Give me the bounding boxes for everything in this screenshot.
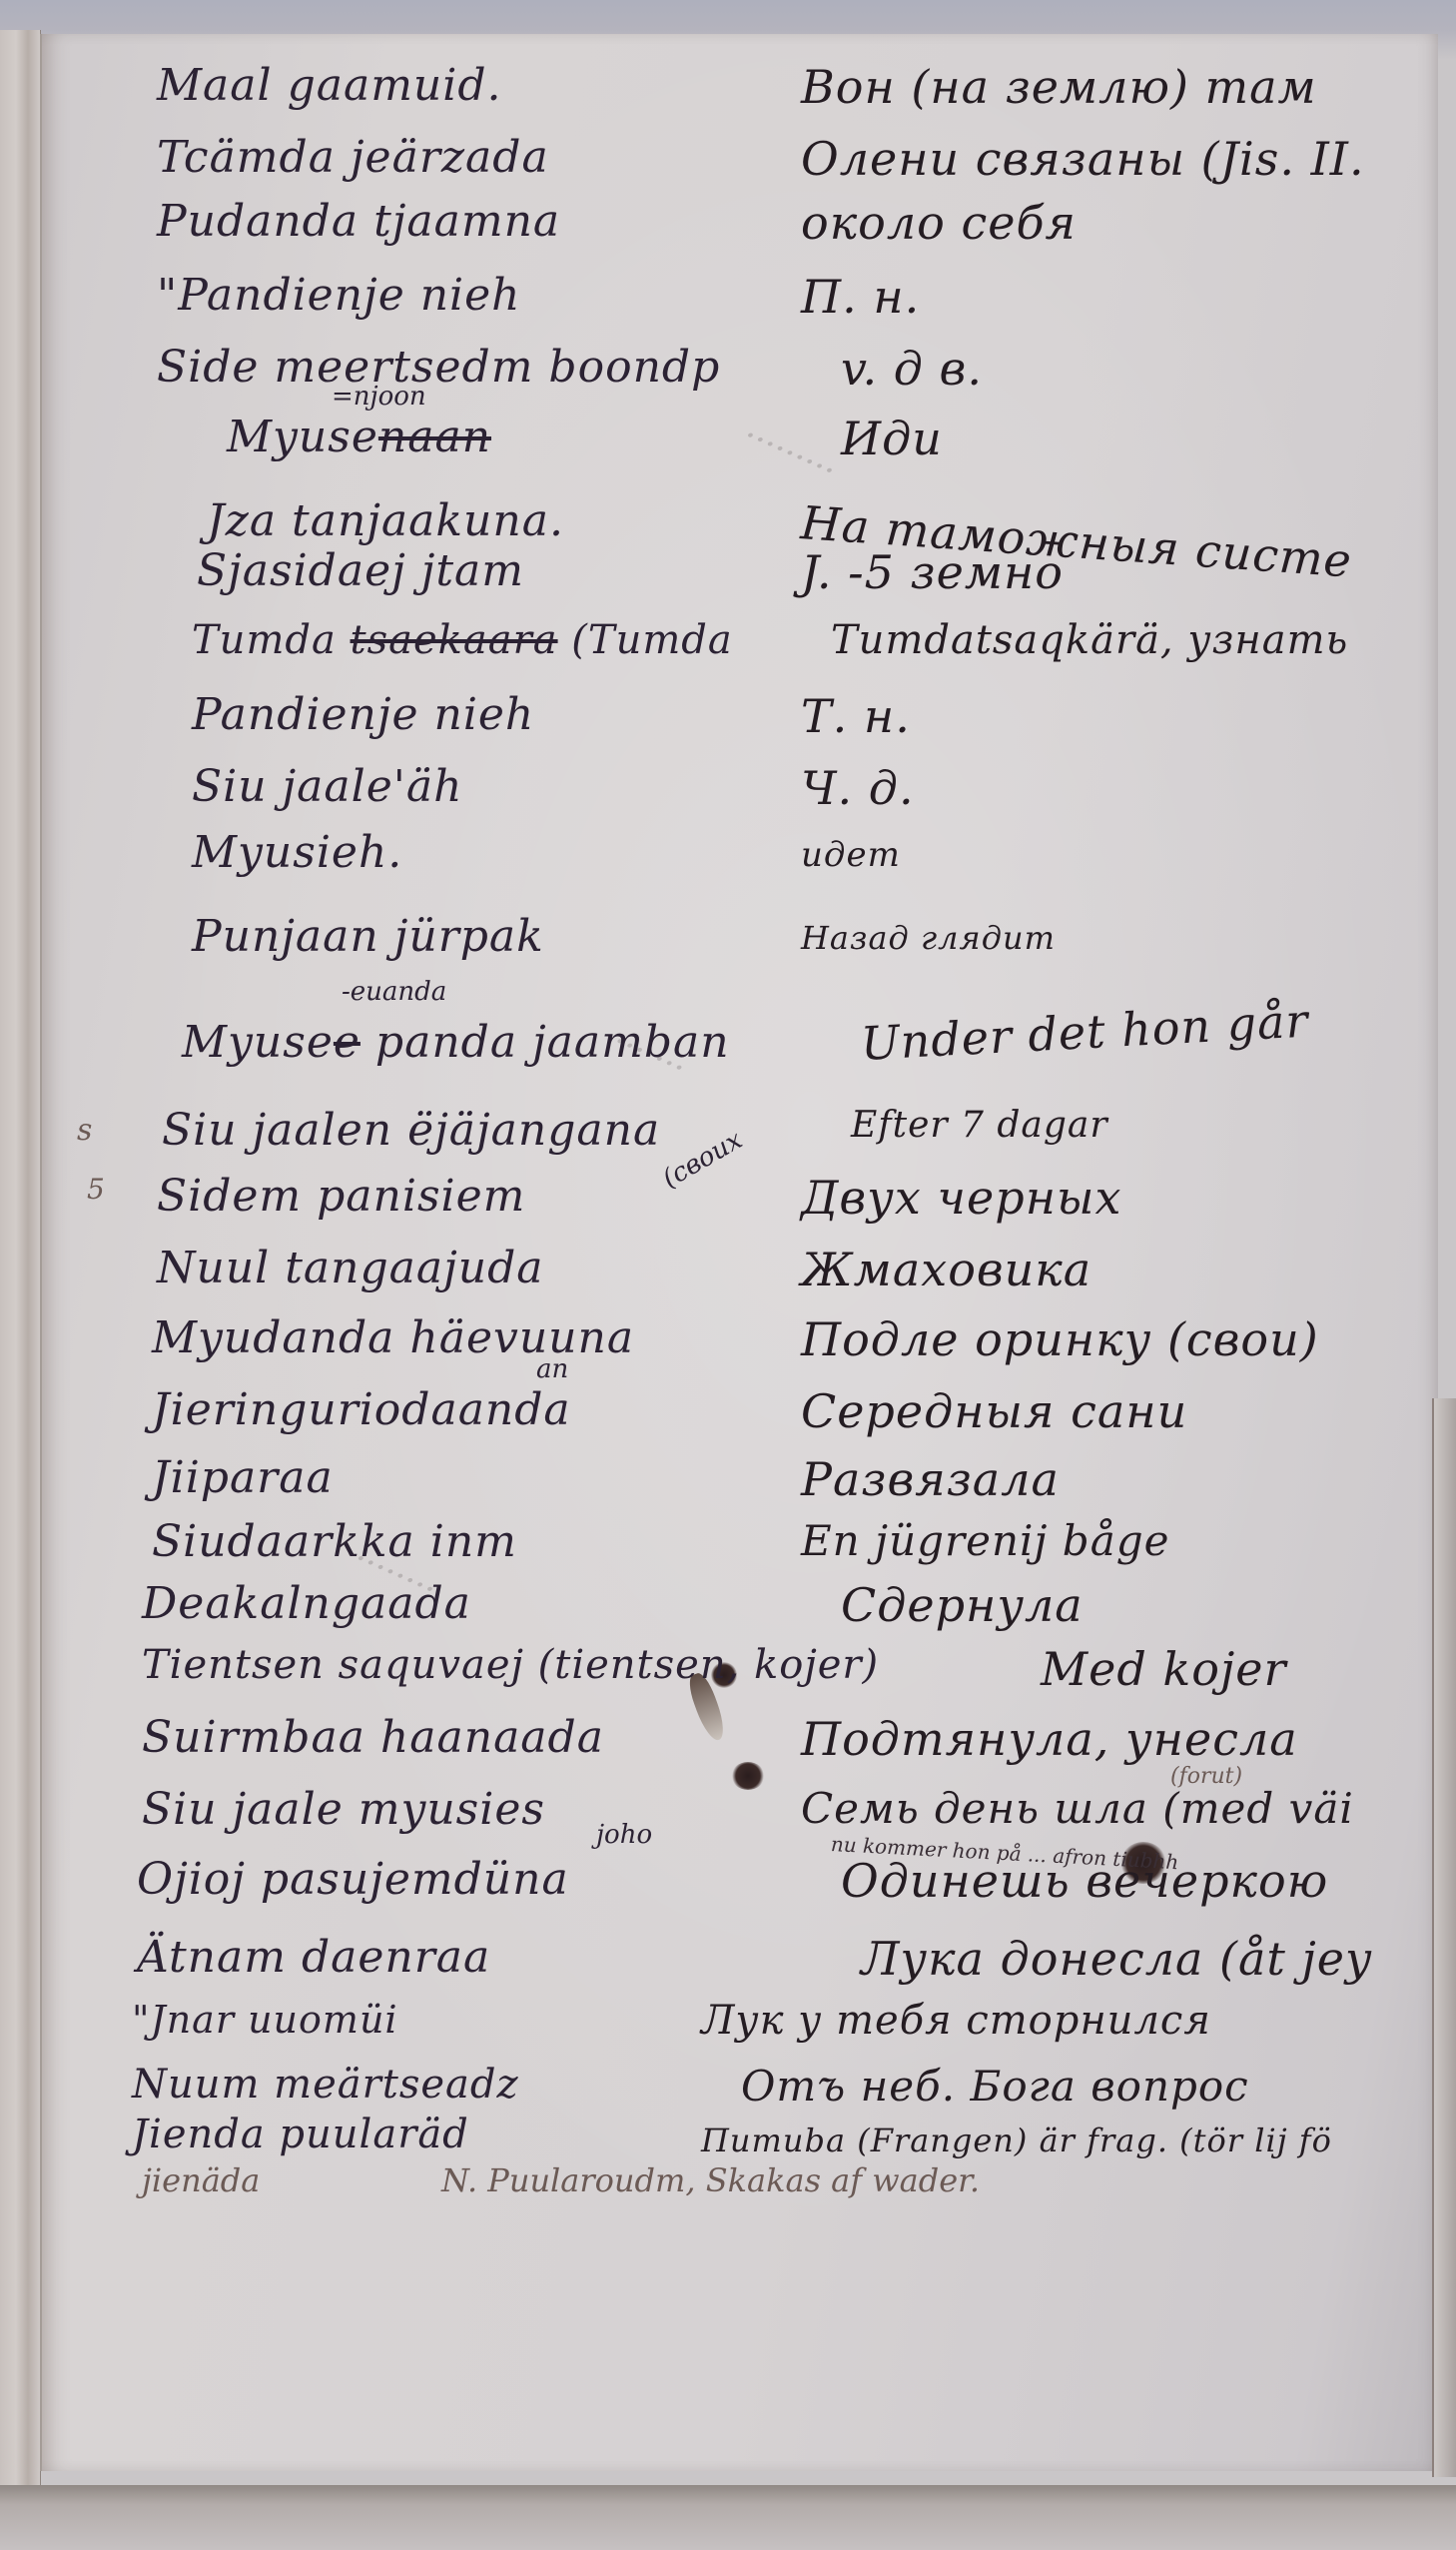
sami-phrase: Deakalngaada	[142, 1578, 471, 1629]
manuscript-page: ········· ········ ········· s 5 Maal ga…	[40, 34, 1438, 2471]
sami-phrase: Sjasidaej jtam	[197, 545, 524, 596]
page-edge	[1432, 1398, 1456, 2477]
sami-phrase: Maal gaamuid.	[157, 60, 502, 111]
sami-phrase: Ätnam daenraa	[137, 1932, 490, 1983]
gloss: Подтянула, унесла	[801, 1712, 1298, 1766]
gloss: J. -5 земно	[801, 545, 1064, 599]
sami-text: Tumda	[192, 617, 337, 663]
sami-phrase: Pudanda tjaamna	[157, 196, 560, 247]
sami-phrase: Nuul tangaajuda	[157, 1243, 544, 1293]
margin-mark: 5	[87, 1173, 105, 1206]
gloss: П. н.	[801, 270, 920, 324]
gloss: Efter 7 dagar	[851, 1105, 1108, 1146]
sami-phrase: Myusieh.	[192, 827, 402, 878]
sami-phrase: Myusenaan	[227, 412, 491, 462]
gloss: Иди	[841, 412, 943, 465]
gloss: v. д в.	[841, 342, 983, 396]
sami-phrase: Ojioj pasujemdüna	[137, 1854, 569, 1905]
gloss: Вон (на землю) там	[801, 60, 1317, 114]
sami-phrase: "Jnar uuomüi	[132, 1998, 398, 2042]
gloss: Tumdatsaqkärä, узнать	[831, 617, 1348, 663]
gloss: Лук у тебя сторнился	[701, 1998, 1211, 2044]
interlinear-insert: (своих	[657, 1125, 747, 1194]
gloss: Отъ неб. Бога вопрос	[741, 2062, 1249, 2111]
book-gutter	[0, 30, 41, 2497]
sami-paren: (tientsen, kojer)	[538, 1642, 880, 1688]
sami-text: Myuse	[182, 1017, 334, 1068]
gloss: Under det hon går	[860, 994, 1310, 1071]
sami-phrase: Siu jaale'äh	[192, 761, 462, 812]
gloss: идет	[801, 835, 901, 875]
sami-phrase: Siu jaale myusies	[142, 1784, 545, 1835]
struck-text: naan	[378, 412, 491, 462]
interlinear-insert: -euanda	[342, 977, 446, 1007]
margin-gloss: (forut)	[1170, 1764, 1242, 1789]
gloss: Середныя сани	[801, 1384, 1187, 1438]
sami-text: Myuse	[227, 412, 378, 462]
gloss: Сдернула	[841, 1578, 1084, 1632]
sami-phrase: Siudaarkka inm	[152, 1516, 517, 1567]
gloss: Одинешь вечеркою	[841, 1854, 1328, 1908]
faint-correction: jienäda	[142, 2161, 260, 2199]
interlinear-insert: =njoon	[332, 382, 426, 412]
sami-phrase: Jieringuriodaanda	[152, 1384, 571, 1435]
sami-phrase: Tumda tsaekaara (Tumda	[192, 617, 733, 663]
sami-phrase: Jiiparaa	[152, 1452, 334, 1503]
gloss: Пumuba (Frangen) är frag. (tör lij fö	[701, 2122, 1332, 2159]
sami-text: Tientsen saquvaej	[142, 1642, 524, 1688]
gloss: около себя	[801, 196, 1077, 250]
gloss: Жмаховика	[801, 1243, 1092, 1296]
faint-footnote: N. Puularoudm, Skakas af wader.	[441, 2161, 980, 2199]
sami-phrase: Suirmbaa haanaada	[142, 1712, 604, 1763]
sami-phrase: Nuum meärtseadz	[132, 2062, 519, 2108]
interlinear-insert: an	[536, 1354, 568, 1384]
sami-phrase: "Pandienje nieh	[157, 270, 521, 321]
gloss: Двух черных	[801, 1171, 1121, 1225]
gloss: Назад глядит	[801, 919, 1056, 957]
gloss: Лука донесла (åt jey	[861, 1932, 1372, 1986]
sami-paren: (Tumda	[571, 617, 732, 663]
gloss: Олени связаны (Jis. II.	[801, 132, 1365, 186]
manuscript-scan: ········· ········ ········· s 5 Maal ga…	[0, 0, 1456, 2550]
sami-phrase: Myusee panda jaamban	[182, 1017, 730, 1068]
gloss: Подле оринку (свои)	[801, 1312, 1319, 1366]
gloss: Ч. д.	[801, 761, 915, 815]
gloss: Т. н.	[801, 689, 911, 743]
sami-phrase: Jza tanjaakuna.	[207, 495, 564, 546]
sami-phrase: Sidem panisiem	[157, 1171, 525, 1222]
interlinear-insert: joho	[596, 1820, 652, 1850]
struck-text: tsaekaara	[351, 617, 558, 663]
gloss: Med kojer	[1041, 1642, 1286, 1696]
sami-phrase: Pandienje nieh	[192, 689, 534, 740]
struck-text: e	[334, 1017, 361, 1068]
ink-blot	[731, 1762, 765, 1790]
sami-text: panda jaamban	[375, 1017, 730, 1068]
gloss: Развязала	[801, 1452, 1060, 1506]
sami-phrase: Siu jaalen ëjäjangana	[162, 1105, 660, 1156]
gloss: Семь день шла (med väi	[801, 1784, 1354, 1833]
sami-phrase: Punjaan jürpak	[192, 911, 544, 962]
sami-phrase: Jienda puularäd	[132, 2112, 469, 2157]
book-bottom-edge	[0, 2485, 1456, 2550]
bleed-through-text: ·········	[737, 416, 842, 491]
sami-phrase: Tientsen saquvaej (tientsen, kojer)	[142, 1642, 879, 1688]
gloss: En jügrenij båge	[801, 1516, 1169, 1565]
sami-phrase: Tcämda jeärzada	[157, 132, 549, 183]
sami-phrase: Side meertsedm boondp	[157, 342, 720, 393]
margin-mark: s	[77, 1113, 92, 1148]
